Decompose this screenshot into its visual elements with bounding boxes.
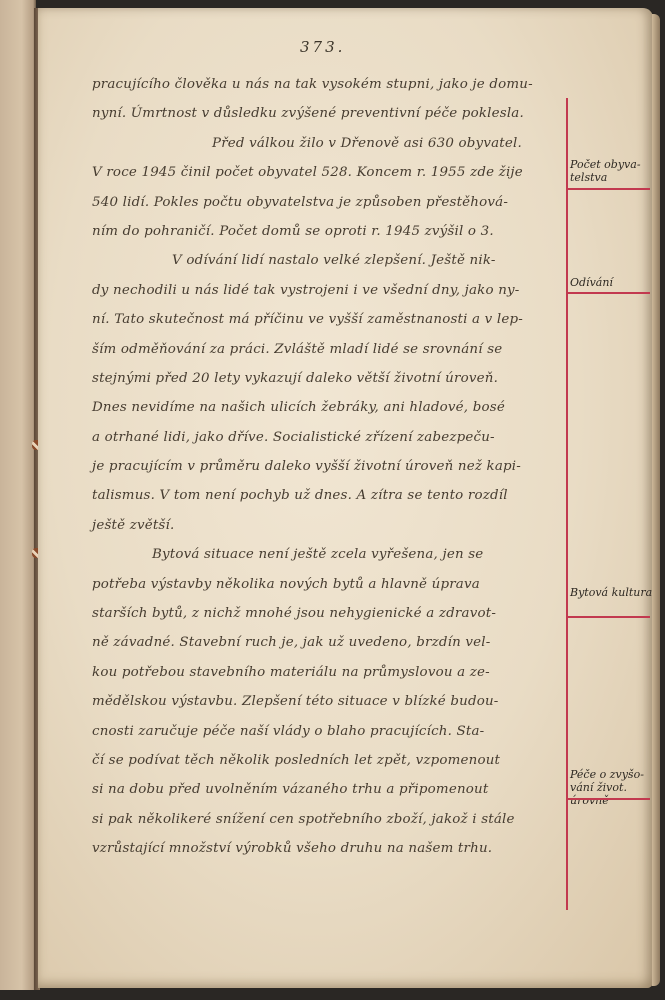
text-line: talismus. V tom není pochyb už dnes. A z… bbox=[92, 481, 552, 510]
text-line: kou potřebou stavebního materiálu na prů… bbox=[92, 658, 552, 687]
text-line: potřeba výstavby několika nových bytů a … bbox=[92, 570, 552, 599]
handwritten-body-text: pracujícího člověka u nás na tak vysokém… bbox=[92, 70, 552, 864]
text-line: čí se podívat těch několik posledních le… bbox=[92, 746, 552, 775]
text-line: cnosti zaručuje péče naší vlády o blaho … bbox=[92, 717, 552, 746]
page-number: 373. bbox=[300, 38, 345, 56]
margin-note-label: Bytová kultura bbox=[570, 586, 652, 599]
text-line: pracujícího člověka u nás na tak vysokém… bbox=[92, 70, 552, 99]
margin-note-underline bbox=[568, 188, 650, 190]
text-line: dy nechodili u nás lidé tak vystrojeni i… bbox=[92, 276, 552, 305]
text-line: je pracujícím v průměru daleko vyšší živ… bbox=[92, 452, 552, 481]
text-line: nyní. Úmrtnost v důsledku zvýšené preven… bbox=[92, 99, 552, 128]
margin-note-underline bbox=[568, 292, 650, 294]
text-line: ně závadné. Stavební ruch je, jak už uve… bbox=[92, 628, 552, 657]
text-line: ním do pohraničí. Počet domů se oproti r… bbox=[92, 217, 552, 246]
text-line: a otrhané lidi, jako dříve. Socialistick… bbox=[92, 423, 552, 452]
text-line: ším odměňování za práci. Zvláště mladí l… bbox=[92, 335, 552, 364]
text-line: vzrůstající množství výrobků všeho druhu… bbox=[92, 834, 552, 863]
text-line: 540 lidí. Pokles počtu obyvatelstva je z… bbox=[92, 188, 552, 217]
text-line: Dnes nevidíme na našich ulicích žebráky,… bbox=[92, 393, 552, 422]
text-line: Bytová situace není ještě zcela vyřešena… bbox=[92, 540, 552, 569]
text-line: si pak několikeré snížení cen spotřebníh… bbox=[92, 805, 552, 834]
margin-rule bbox=[566, 98, 568, 910]
text-line: mědělskou výstavbu. Zlepšení této situac… bbox=[92, 687, 552, 716]
margin-note-label: Odívání bbox=[570, 276, 613, 289]
margin-note-label: Péče o zvyšo-vání život. úrovně bbox=[570, 768, 644, 807]
margin-note: Odívání bbox=[570, 276, 656, 289]
margin-note: Počet obyva-telstva bbox=[570, 158, 656, 184]
text-line: V roce 1945 činil počet obyvatel 528. Ko… bbox=[92, 158, 552, 187]
left-page-edge bbox=[0, 0, 36, 990]
text-line: starších bytů, z nichž mnohé jsou nehygi… bbox=[92, 599, 552, 628]
margin-note-label: Počet obyva-telstva bbox=[570, 158, 641, 184]
text-line: Před válkou žilo v Dřenově asi 630 obyva… bbox=[92, 129, 552, 158]
margin-note-underline bbox=[568, 798, 650, 800]
margin-note: Bytová kultura bbox=[570, 586, 656, 599]
text-line: stejnými před 20 lety vykazují daleko vě… bbox=[92, 364, 552, 393]
text-line: ní. Tato skutečnost má příčinu ve vyšší … bbox=[92, 305, 552, 334]
text-line: V odívání lidí nastalo velké zlepšení. J… bbox=[92, 246, 552, 275]
text-line: si na dobu před uvolněním vázaného trhu … bbox=[92, 775, 552, 804]
margin-note-underline bbox=[568, 616, 650, 618]
margin-note: Péče o zvyšo-vání život. úrovně bbox=[570, 768, 656, 807]
text-line: ještě zvětší. bbox=[92, 511, 552, 540]
